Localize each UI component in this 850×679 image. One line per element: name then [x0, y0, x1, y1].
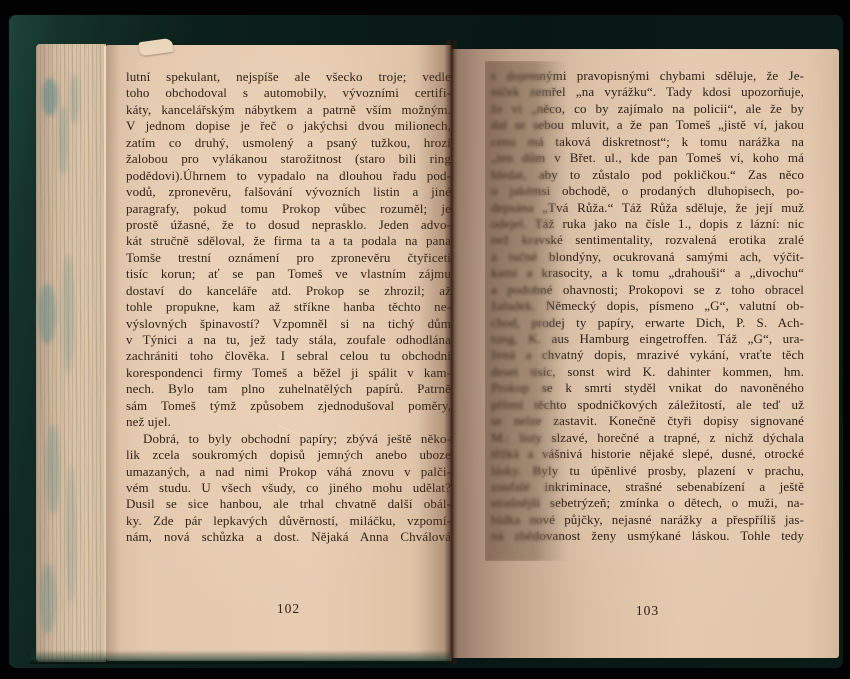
left-page-number-row: 102	[126, 592, 451, 617]
text-line: nám, nová schůzka a dost. Nějaká Anna Ch…	[126, 529, 451, 545]
page-edge-stack	[36, 44, 106, 662]
text-line: sám Tomeš týmž způsobem zjednodušoval po…	[126, 398, 451, 414]
text-line: než ujel.	[126, 414, 451, 430]
text-line: tisíc korun; ať se pan Tomeš ve vlastním…	[126, 266, 451, 282]
text-line: lutní spekulant, nejspíše ale všecko tro…	[126, 69, 451, 85]
ink-smudge	[38, 284, 56, 344]
text-line: vém studu. U všech všudy, co jiného mohu…	[126, 480, 451, 496]
right-page-number: 103	[491, 603, 804, 619]
text-line: prostě úžasné, že to dosud neprasklo. Je…	[126, 217, 451, 233]
left-page-number: 102	[126, 601, 451, 617]
text-line: ky. Zde pár lepkavých důvěrností, miláčk…	[126, 513, 451, 529]
text-line: dostaví do kanceláře atd. Prokop se zhro…	[126, 283, 451, 299]
ink-smudge	[70, 74, 79, 124]
left-page-text: lutní spekulant, nejspíše ale všecko tro…	[126, 69, 451, 546]
ink-smudge	[66, 464, 76, 604]
text-line: výslovných špinavostí? Vzpomněl si na ti…	[126, 316, 451, 332]
text-line: vodů, zpronevěru, falšování vývozních li…	[126, 184, 451, 200]
text-line: zatím co druhý, usmolený a psaný tužkou,…	[126, 135, 451, 151]
text-line: Tomše trestní oznámení pro zpronevěru čt…	[126, 250, 451, 266]
text-line: paragrafy, pokud tomu Prokop vůbec rozum…	[126, 201, 451, 217]
text-line: zachrániti toho člověka. I sebral celou …	[126, 348, 451, 364]
book-photo: lutní spekulant, nejspíše ale všecko tro…	[0, 0, 850, 679]
text-line: lik zcela soukromých dopisů jemných aneb…	[126, 447, 451, 463]
text-line: V jednom dopise je řeč o jakýchsi dvou m…	[126, 118, 451, 134]
book-gutter-fold	[444, 40, 458, 664]
bottom-cover-edge	[30, 650, 450, 664]
ink-smudge	[40, 564, 56, 634]
ink-smudge	[46, 424, 60, 514]
text-line: nech. Bylo tam plno zuhelnatělých papírů…	[126, 381, 451, 397]
text-line: Dobrá, to byly obchodní papíry; zbývá je…	[126, 431, 451, 447]
ink-smudge	[58, 104, 68, 174]
text-line: korespondenci firmy Tomeš a běžel ji spá…	[126, 365, 451, 381]
text-line: podědovi).Úhrnem to vypadalo na dlouhou …	[126, 168, 451, 184]
text-line: žalobou pro vylákanou starožitnost (star…	[126, 151, 451, 167]
right-page-number-row: 103	[491, 594, 804, 619]
gutter-blur-smear	[485, 61, 567, 561]
text-line: toho obchodoval s automobily, vývozními …	[126, 85, 451, 101]
left-page-edge-shadow	[106, 45, 120, 661]
text-line: kát stručně sděloval, že firma ta a ta p…	[126, 233, 451, 249]
text-line: káty, kancelářským nábytkem a patrně vší…	[126, 102, 451, 118]
text-line: tohle propukne, kam až stříkne hanba těc…	[126, 299, 451, 315]
text-line: umazaných, a nad nimi Prokop váhá znovu …	[126, 464, 451, 480]
right-page: s dojemnými pravopisnými chybami sděluje…	[452, 49, 839, 658]
ink-smudge	[62, 254, 74, 374]
text-line: v Týnici a na tu, jež tady stála, zoufal…	[126, 332, 451, 348]
left-page: lutní spekulant, nejspíše ale všecko tro…	[106, 45, 452, 661]
ink-smudge	[42, 78, 58, 116]
text-line: Dusil se sice hanbou, ale trhal chvatně …	[126, 496, 451, 512]
